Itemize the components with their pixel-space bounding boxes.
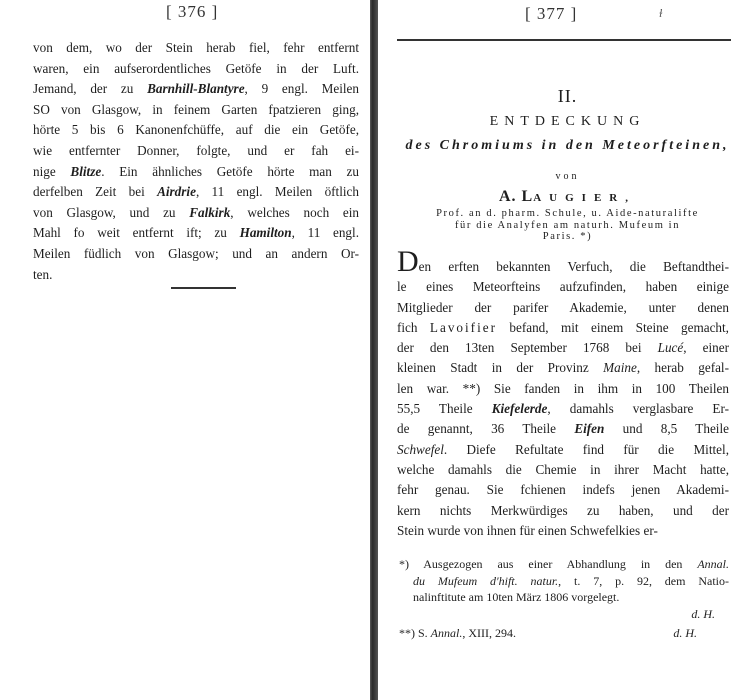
text-line: von Glasgow, und zu Falkirk, welches noc… — [33, 203, 359, 224]
text-line: le eines Meteorfteins aufzufinden, haben… — [397, 277, 729, 297]
emphasized-term: Lavoifier — [430, 320, 497, 335]
text-line: fehr genau. Sie fchienen indefs jenen Ak… — [397, 480, 729, 500]
text-run: befand, mit einem Steine gemacht, — [497, 320, 729, 335]
text-run: ten. — [33, 267, 52, 282]
text-run: , 9 engl. Meilen — [245, 81, 359, 96]
text-run: kleinen Stadt in der Provinz — [397, 360, 603, 375]
text-line: Jemand, der zu Barnhill-Blantyre, 9 engl… — [33, 79, 359, 100]
emphasized-term: Lucé — [658, 340, 684, 355]
text-line: ten. — [33, 265, 359, 286]
text-line: Mitglieder der parifer Akademie, unter d… — [397, 298, 729, 318]
text-run: Mahl fo weit entfernt ift; zu — [33, 225, 240, 240]
text-run: nige — [33, 164, 70, 179]
text-line: von dem, wo der Stein herab fiel, fehr e… — [33, 38, 359, 59]
text-line: de genannt, 36 Theile Eifen und 8,5 Thei… — [397, 419, 729, 439]
text-run: , 11 engl. — [292, 225, 359, 240]
text-run: len war. **) Sie fanden in ihm in 100 Th… — [397, 381, 729, 396]
footnote-2-journal: Annal. — [431, 626, 463, 640]
text-run: , damahls verglasbare Er- — [547, 401, 729, 416]
footnote-2-signature: d. H. — [673, 626, 697, 641]
header-rule — [397, 39, 731, 41]
text-run: Mitglieder der parifer Akademie, unter d… — [397, 300, 729, 315]
author-initial: A. L — [499, 188, 533, 205]
text-run: . Diefe Refultate find für die Mittel, — [444, 442, 729, 457]
page-number-left: [ 376 ] — [166, 2, 218, 22]
emphasized-term: Eifen — [574, 421, 604, 436]
text-run: fehr genau. Sie fchienen indefs jenen Ak… — [397, 482, 729, 497]
text-run: Jemand, der zu — [33, 81, 147, 96]
emphasized-term: Airdrie — [157, 184, 196, 199]
text-run: derfelben Zeit bei — [33, 184, 157, 199]
text-line: waren, ein aufserordentliches Getöfe in … — [33, 59, 359, 80]
text-run: Meilen füdlich von Glasgow; und an ander… — [33, 246, 359, 261]
text-run: , einer — [683, 340, 729, 355]
drop-cap: D — [397, 245, 419, 278]
article-title: ENTDECKUNG — [379, 114, 756, 130]
text-line: nige Blitze. Ein ähnliches Getöfe hörte … — [33, 162, 359, 183]
emphasized-term: Schwefel — [397, 442, 444, 457]
text-line: *) Ausgezogen aus einer Abhandlung in de… — [399, 556, 729, 573]
text-line: Stein wurde von ihnen für einen Schwefel… — [397, 521, 729, 541]
footnote-1: *) Ausgezogen aus einer Abhandlung in de… — [399, 556, 729, 622]
text-line: Den erften bekannten Verfuch, die Beftan… — [397, 252, 729, 277]
footnote-2-ref: , XIII, 294. — [462, 626, 516, 640]
emphasized-term: du Mufeum d'hift. natur. — [413, 574, 558, 588]
author-affiliation: Prof. an d. pharm. Schule, u. Aide-natur… — [379, 208, 756, 243]
section-number: II. — [379, 86, 756, 107]
text-run: *) Ausgezogen aus einer Abhandlung in de… — [399, 557, 697, 571]
right-page: [ 377 ] ɫ II. ENTDECKUNG des Chromiums i… — [379, 0, 756, 700]
affiliation-line: für die Analyfen am naturh. Mufeum in — [379, 220, 756, 232]
text-run: von dem, wo der Stein herab fiel, fehr e… — [33, 40, 359, 55]
footnote-2: **) S. Annal., XIII, 294. d. H. — [399, 626, 729, 641]
author-name: A. LAUGIER, — [379, 188, 756, 206]
text-run: en erften bekannten Verfuch, die Beftand… — [419, 259, 729, 274]
emphasized-term: Blitze — [70, 164, 101, 179]
margin-mark: ɫ — [659, 6, 662, 21]
book-spine-gutter — [370, 0, 378, 700]
byline-von: von — [379, 171, 756, 182]
text-line: derfelben Zeit bei Airdrie, 11 engl. Mei… — [33, 182, 359, 203]
text-line: Mahl fo weit entfernt ift; zu Hamilton, … — [33, 223, 359, 244]
text-line: kleinen Stadt in der Provinz Maine, hera… — [397, 358, 729, 378]
text-run: . Ein ähnliches Getöfe hörte man zu — [101, 164, 359, 179]
article-subtitle: des Chromiums in den Meteorfteinen, — [379, 138, 756, 154]
author-surname: AUGIER, — [533, 192, 636, 204]
text-run: , welches noch ein — [230, 205, 359, 220]
text-line: Schwefel. Diefe Refultate find für die M… — [397, 440, 729, 460]
text-run: hörte 5 bis 6 Kanonenfchüffe, auf die ei… — [33, 122, 359, 137]
text-run: und 8,5 Theile — [604, 421, 729, 436]
text-run: , 11 engl. Meilen öftlich — [196, 184, 359, 199]
text-line: der den 13ten September 1768 bei Lucé, e… — [397, 338, 729, 358]
footnote-1-lines: *) Ausgezogen aus einer Abhandlung in de… — [399, 556, 729, 606]
emphasized-term: Falkirk — [189, 205, 230, 220]
text-line: kern nichts Merkwürdiges zu haben, und d… — [397, 501, 729, 521]
right-body-text: Den erften bekannten Verfuch, die Beftan… — [397, 252, 729, 541]
text-run: le eines Meteorfteins aufzufinden, haben… — [397, 279, 729, 294]
text-run: welche damahls die Chemie in ihrer Macht… — [397, 462, 729, 477]
text-run: fich — [397, 320, 430, 335]
footnote-2-marker: **) S. — [399, 626, 431, 640]
emphasized-term: Barnhill-Blantyre — [147, 81, 244, 96]
text-run: von Glasgow, und zu — [33, 205, 189, 220]
text-run: , t. 7, p. 92, dem Natio- — [558, 574, 729, 588]
text-run: kern nichts Merkwürdiges zu haben, und d… — [397, 503, 729, 518]
left-page: [ 376 ] von dem, wo der Stein herab fiel… — [0, 0, 370, 700]
text-run: Stein wurde von ihnen für einen Schwefel… — [397, 523, 658, 538]
footnote-1-signature: d. H. — [399, 606, 729, 623]
page-number-right: [ 377 ] — [525, 4, 577, 24]
text-line: len war. **) Sie fanden in ihm in 100 Th… — [397, 379, 729, 399]
text-run: der den 13ten September 1768 bei — [397, 340, 658, 355]
affiliation-line: Prof. an d. pharm. Schule, u. Aide-natur… — [379, 208, 756, 220]
text-line: Meilen füdlich von Glasgow; und an ander… — [33, 244, 359, 265]
right-body-lines: Den erften bekannten Verfuch, die Beftan… — [397, 252, 729, 541]
text-run: wie entfernter Donner, folgte, und er fa… — [33, 143, 359, 158]
text-run: nalinftitute am 10ten März 1806 vorgeleg… — [413, 590, 619, 604]
text-line: hörte 5 bis 6 Kanonenfchüffe, auf die ei… — [33, 120, 359, 141]
emphasized-term: Annal. — [697, 557, 729, 571]
emphasized-term: Hamilton — [240, 225, 292, 240]
emphasized-term: Kiefelerde — [492, 401, 548, 416]
text-line: welche damahls die Chemie in ihrer Macht… — [397, 460, 729, 480]
text-run: SO von Glasgow, in feinem Garten fpatzie… — [33, 102, 359, 117]
text-line: SO von Glasgow, in feinem Garten fpatzie… — [33, 100, 359, 121]
text-run: de genannt, 36 Theile — [397, 421, 574, 436]
affiliation-line: Paris. *) — [379, 231, 756, 243]
text-line: nalinftitute am 10ten März 1806 vorgeleg… — [399, 589, 729, 606]
text-line: du Mufeum d'hift. natur., t. 7, p. 92, d… — [399, 573, 729, 590]
text-run: 55,5 Theile — [397, 401, 492, 416]
text-line: fich Lavoifier befand, mit einem Steine … — [397, 318, 729, 338]
emphasized-term: Maine — [603, 360, 637, 375]
section-end-rule — [171, 287, 236, 289]
text-run: waren, ein aufserordentliches Getöfe in … — [33, 61, 359, 76]
text-line: wie entfernter Donner, folgte, und er fa… — [33, 141, 359, 162]
text-line: 55,5 Theile Kiefelerde, damahls verglasb… — [397, 399, 729, 419]
text-run: , herab gefal- — [637, 360, 729, 375]
left-body-text: von dem, wo der Stein herab fiel, fehr e… — [33, 38, 359, 285]
